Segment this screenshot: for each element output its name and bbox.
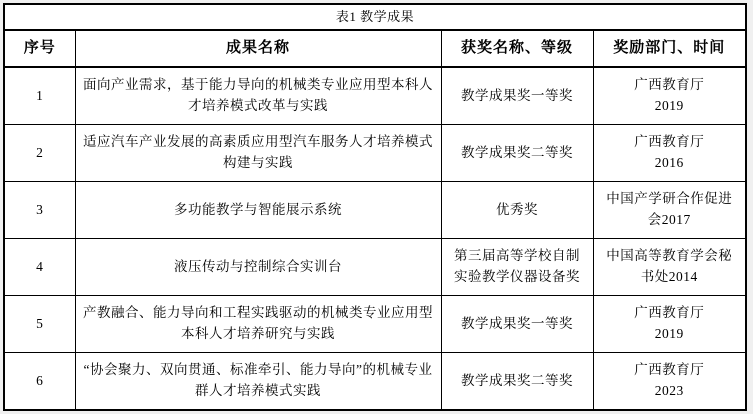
cell-award-name: 教学成果奖一等奖 bbox=[441, 296, 593, 353]
dept-line: 中国高等教育学会秘书处2014 bbox=[600, 246, 740, 288]
cell-dept-time: 中国产学研合作促进会2017 bbox=[593, 182, 746, 239]
cell-dept-time: 中国高等教育学会秘书处2014 bbox=[593, 239, 746, 296]
cell-dept-time: 广西教育厅 2019 bbox=[593, 296, 746, 353]
cell-award-name: 第三届高等学校自制实验教学仪器设备奖 bbox=[441, 239, 593, 296]
column-header-dept: 奖励部门、时间 bbox=[593, 30, 746, 67]
cell-row-number: 3 bbox=[4, 182, 75, 239]
cell-award-name: 教学成果奖二等奖 bbox=[441, 353, 593, 411]
table-title: 表1 教学成果 bbox=[4, 4, 746, 30]
dept-line: 中国产学研合作促进会2017 bbox=[600, 189, 740, 231]
document-canvas: 表1 教学成果 序号 成果名称 获奖名称、等级 奖励部门、时间 1 面向产业需求… bbox=[0, 0, 753, 414]
cell-row-number: 2 bbox=[4, 125, 75, 182]
table-title-row: 表1 教学成果 bbox=[4, 4, 746, 30]
cell-achievement-name: 液压传动与控制综合实训台 bbox=[75, 239, 441, 296]
cell-row-number: 5 bbox=[4, 296, 75, 353]
table-row: 2 适应汽车产业发展的高素质应用型汽车服务人才培养模式构建与实践 教学成果奖二等… bbox=[4, 125, 746, 182]
time-line: 2019 bbox=[600, 324, 740, 345]
cell-achievement-name: 适应汽车产业发展的高素质应用型汽车服务人才培养模式构建与实践 bbox=[75, 125, 441, 182]
dept-line: 广西教育厅 bbox=[600, 360, 740, 381]
table-row: 6 “协会聚力、双向贯通、标准牵引、能力导向”的机械专业群人才培养模式实践 教学… bbox=[4, 353, 746, 411]
cell-row-number: 6 bbox=[4, 353, 75, 411]
teaching-achievements-table: 表1 教学成果 序号 成果名称 获奖名称、等级 奖励部门、时间 1 面向产业需求… bbox=[3, 3, 747, 411]
cell-award-name: 优秀奖 bbox=[441, 182, 593, 239]
table-header-row: 序号 成果名称 获奖名称、等级 奖励部门、时间 bbox=[4, 30, 746, 67]
time-line: 2023 bbox=[600, 381, 740, 402]
table-row: 4 液压传动与控制综合实训台 第三届高等学校自制实验教学仪器设备奖 中国高等教育… bbox=[4, 239, 746, 296]
column-header-no: 序号 bbox=[4, 30, 75, 67]
time-line: 2016 bbox=[600, 153, 740, 174]
cell-achievement-name: “协会聚力、双向贯通、标准牵引、能力导向”的机械专业群人才培养模式实践 bbox=[75, 353, 441, 411]
dept-line: 广西教育厅 bbox=[600, 75, 740, 96]
cell-row-number: 4 bbox=[4, 239, 75, 296]
table-row: 5 产教融合、能力导向和工程实践驱动的机械类专业应用型本科人才培养研究与实践 教… bbox=[4, 296, 746, 353]
table-row: 1 面向产业需求，基于能力导向的机械类专业应用型本科人才培养模式改革与实践 教学… bbox=[4, 67, 746, 125]
time-line: 2019 bbox=[600, 96, 740, 117]
cell-dept-time: 广西教育厅 2016 bbox=[593, 125, 746, 182]
cell-row-number: 1 bbox=[4, 67, 75, 125]
dept-line: 广西教育厅 bbox=[600, 303, 740, 324]
cell-award-name: 教学成果奖二等奖 bbox=[441, 125, 593, 182]
column-header-name: 成果名称 bbox=[75, 30, 441, 67]
cell-achievement-name: 面向产业需求，基于能力导向的机械类专业应用型本科人才培养模式改革与实践 bbox=[75, 67, 441, 125]
dept-line: 广西教育厅 bbox=[600, 132, 740, 153]
cell-dept-time: 广西教育厅 2019 bbox=[593, 67, 746, 125]
cell-dept-time: 广西教育厅 2023 bbox=[593, 353, 746, 411]
cell-achievement-name: 产教融合、能力导向和工程实践驱动的机械类专业应用型本科人才培养研究与实践 bbox=[75, 296, 441, 353]
cell-award-name: 教学成果奖一等奖 bbox=[441, 67, 593, 125]
table-row: 3 多功能教学与智能展示系统 优秀奖 中国产学研合作促进会2017 bbox=[4, 182, 746, 239]
cell-achievement-name: 多功能教学与智能展示系统 bbox=[75, 182, 441, 239]
column-header-award: 获奖名称、等级 bbox=[441, 30, 593, 67]
